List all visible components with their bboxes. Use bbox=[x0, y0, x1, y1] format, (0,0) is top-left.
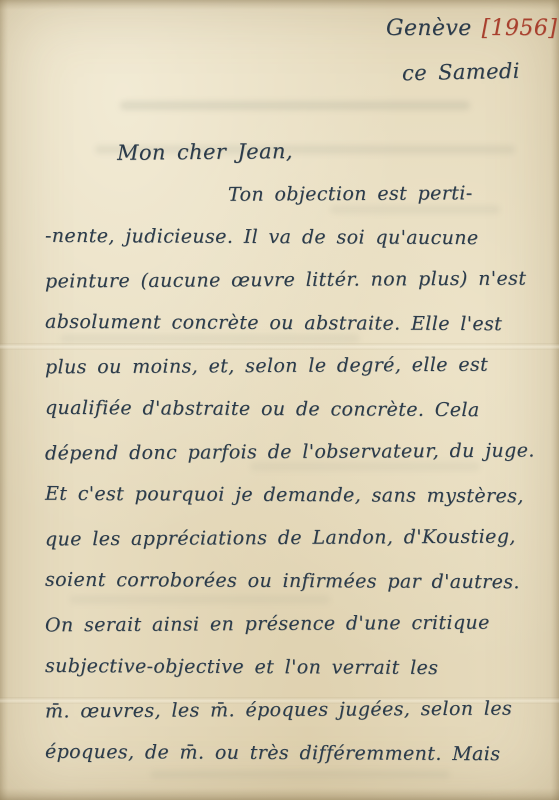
body-line: Ton objection est perti- bbox=[228, 182, 473, 205]
salutation: Mon cher Jean, bbox=[117, 139, 293, 165]
body-line: absolument concrète ou abstraite. Elle l… bbox=[45, 311, 502, 335]
body-line: peinture (aucune œuvre littér. non plus)… bbox=[45, 268, 526, 293]
body-line: subjective-objective et l'on verrait les bbox=[45, 655, 438, 679]
body-line: -nente, judicieuse. Il va de soi qu'aucu… bbox=[45, 225, 479, 249]
show-through-mark bbox=[330, 205, 500, 214]
letter-header: Genève[1956] bbox=[386, 16, 557, 41]
body-line: m̄. œuvres, les m̄. époques jugées, selo… bbox=[45, 698, 512, 723]
show-through-mark bbox=[70, 595, 330, 604]
body-line: plus ou moins, et, selon le degré, elle … bbox=[45, 354, 488, 379]
body-line: On serait ainsi en présence d'une critiq… bbox=[45, 612, 490, 637]
body-line: époques, de m̄. ou très différemment. Ma… bbox=[45, 741, 501, 765]
letter-page: Genève[1956] ce Samedi Mon cher Jean, To… bbox=[0, 0, 559, 800]
show-through-mark bbox=[250, 462, 480, 471]
body-line: qualifiée d'abstraite ou de concrète. Ce… bbox=[45, 397, 480, 421]
year-annotation: [1956] bbox=[482, 16, 558, 41]
fold-crease bbox=[0, 343, 559, 350]
show-through-mark bbox=[120, 101, 470, 110]
show-through-mark bbox=[150, 770, 450, 779]
body-line: Et c'est pourquoi je demande, sans mystè… bbox=[45, 483, 524, 508]
place-name: Genève bbox=[386, 16, 472, 41]
show-through-mark bbox=[60, 334, 360, 343]
body-line: que les appréciations de Landon, d'Koust… bbox=[45, 526, 516, 551]
body-line: soient corroborées ou infirmées par d'au… bbox=[45, 569, 520, 593]
body-line: dépend donc parfois de l'observateur, du… bbox=[45, 440, 535, 465]
date-line: ce Samedi bbox=[402, 59, 520, 85]
